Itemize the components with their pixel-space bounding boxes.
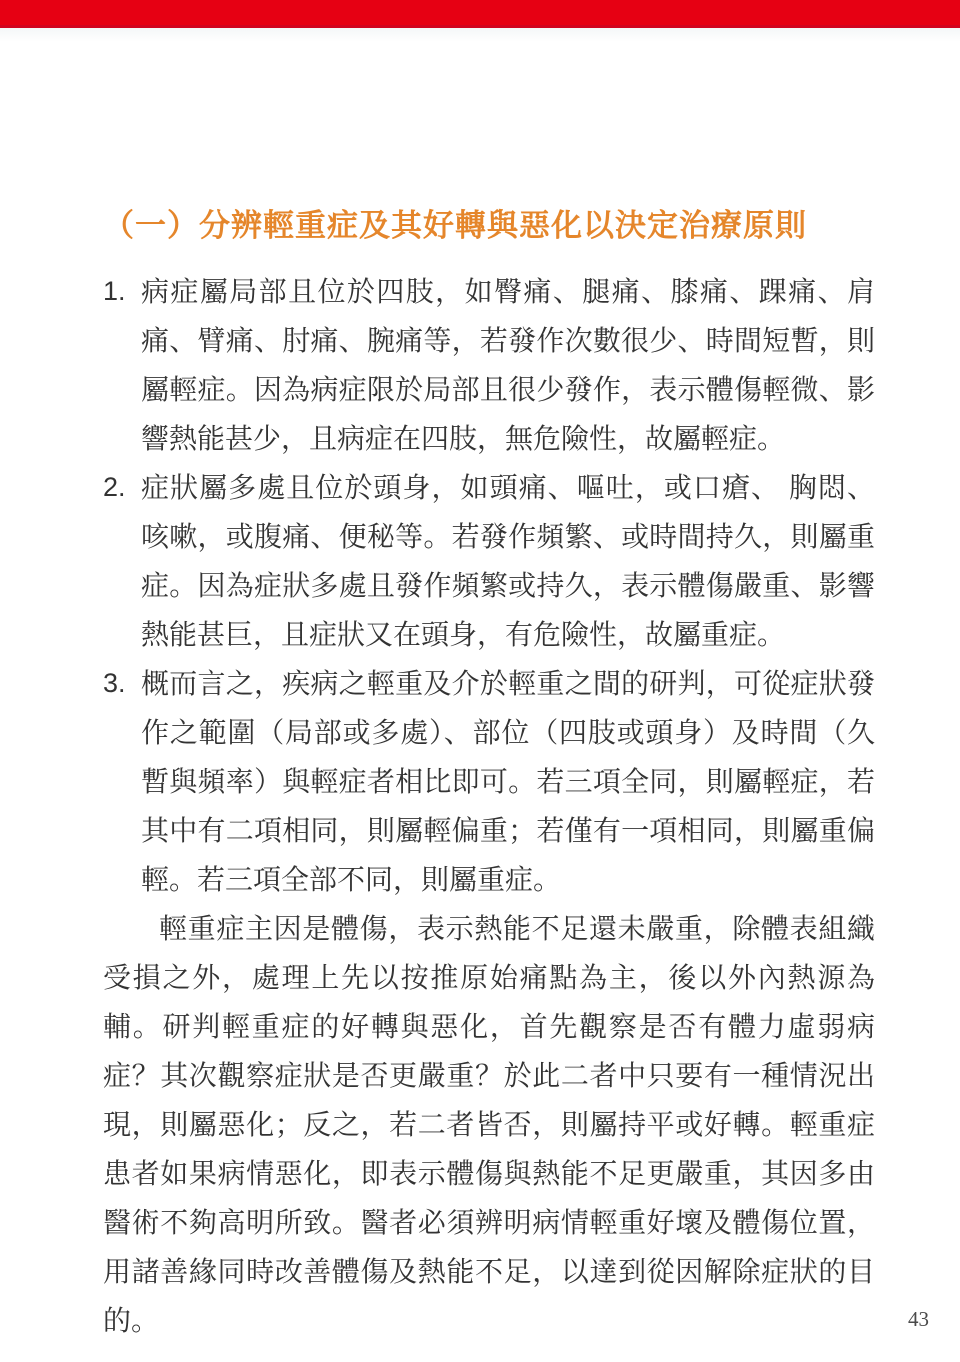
list-item-text: 症狀屬多處且位於頭身，如頭痛、嘔吐，或口瘡、 胸悶、咳嗽，或腹痛、便秘等。若發作…: [141, 463, 875, 659]
list-item-number: 2.: [103, 463, 141, 512]
page-number: 43: [908, 1307, 929, 1332]
list-item-number: 1.: [103, 267, 141, 316]
list-item-number: 3.: [103, 659, 141, 708]
document-page: （一）分辨輕重症及其好轉與惡化以決定治療原則 1. 病症屬局部且位於四肢，如臀痛…: [0, 0, 960, 1362]
list-item-text: 概而言之，疾病之輕重及介於輕重之間的研判，可從症狀發作之範圍（局部或多處）、部位…: [141, 659, 875, 904]
page-content: （一）分辨輕重症及其好轉與惡化以決定治療原則 1. 病症屬局部且位於四肢，如臀痛…: [0, 25, 960, 1345]
section-heading: （一）分辨輕重症及其好轉與惡化以決定治療原則: [103, 205, 875, 247]
list-item: 3. 概而言之，疾病之輕重及介於輕重之間的研判，可從症狀發作之範圍（局部或多處）…: [103, 659, 875, 904]
numbered-list: 1. 病症屬局部且位於四肢，如臀痛、腿痛、膝痛、踝痛、肩痛、臂痛、肘痛、腕痛等，…: [103, 267, 875, 904]
top-banner: [0, 0, 960, 28]
list-item: 1. 病症屬局部且位於四肢，如臀痛、腿痛、膝痛、踝痛、肩痛、臂痛、肘痛、腕痛等，…: [103, 267, 875, 463]
body-paragraph: 輕重症主因是體傷，表示熱能不足還未嚴重，除體表組織受損之外，處理上先以按推原始痛…: [103, 904, 875, 1345]
list-item-text: 病症屬局部且位於四肢，如臀痛、腿痛、膝痛、踝痛、肩痛、臂痛、肘痛、腕痛等，若發作…: [141, 267, 875, 463]
list-item: 2. 症狀屬多處且位於頭身，如頭痛、嘔吐，或口瘡、 胸悶、咳嗽，或腹痛、便秘等。…: [103, 463, 875, 659]
